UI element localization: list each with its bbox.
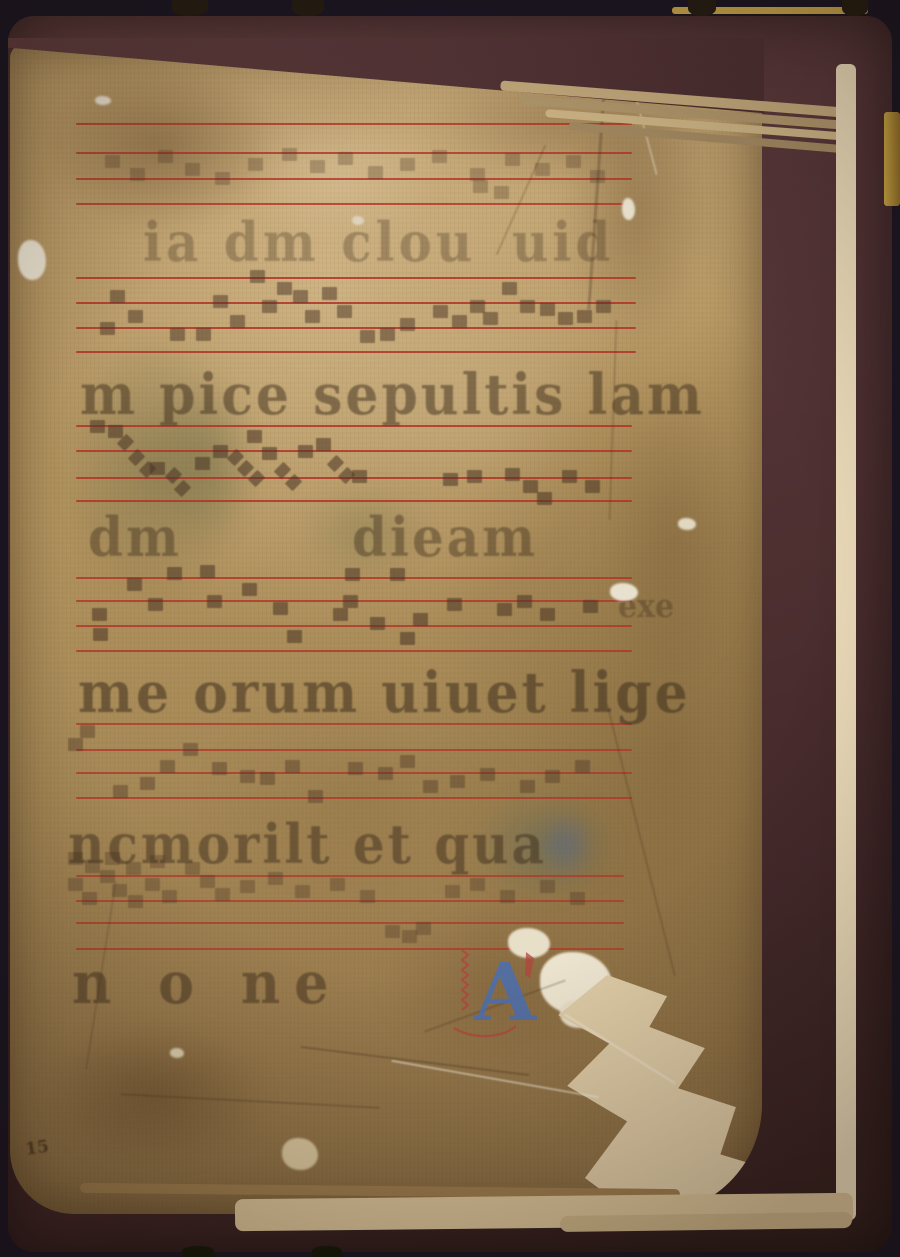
neume bbox=[452, 315, 467, 328]
clasp-fitting bbox=[884, 112, 900, 206]
fore-edge-page bbox=[836, 64, 856, 1220]
neume bbox=[338, 152, 353, 165]
neume bbox=[230, 315, 245, 328]
damage-spot bbox=[610, 583, 638, 601]
neume bbox=[170, 328, 185, 341]
initial-artwork: A bbox=[440, 936, 550, 1046]
neume bbox=[183, 743, 198, 756]
red-penwork-chain bbox=[462, 950, 468, 1010]
neume bbox=[213, 445, 228, 458]
neume bbox=[400, 318, 415, 331]
neume bbox=[583, 600, 598, 613]
boss-top bbox=[172, 0, 208, 16]
neume bbox=[295, 885, 310, 898]
neume bbox=[92, 608, 107, 621]
neume bbox=[380, 328, 395, 341]
neume bbox=[368, 166, 383, 179]
illuminated-initial: A bbox=[440, 936, 550, 1046]
chant-text: uid bbox=[512, 210, 614, 274]
neume bbox=[80, 725, 95, 738]
neume bbox=[93, 628, 108, 641]
neume bbox=[260, 772, 275, 785]
chant-text: n o ne bbox=[72, 948, 343, 1017]
neume bbox=[287, 630, 302, 643]
neume bbox=[162, 890, 177, 903]
boss-top bbox=[688, 0, 716, 16]
boss-bottom bbox=[312, 1246, 342, 1257]
neume bbox=[105, 155, 120, 168]
neume bbox=[445, 885, 460, 898]
neume bbox=[273, 602, 288, 615]
neume bbox=[470, 878, 485, 891]
initial-letter: A bbox=[473, 945, 537, 1039]
neume bbox=[343, 595, 358, 608]
neume bbox=[558, 312, 573, 325]
neume bbox=[212, 762, 227, 775]
neume bbox=[570, 892, 585, 905]
neume bbox=[416, 922, 431, 935]
neume bbox=[195, 457, 210, 470]
neume bbox=[68, 738, 83, 751]
neume bbox=[450, 775, 465, 788]
chant-text: ia dm clou bbox=[143, 210, 476, 274]
neume bbox=[160, 760, 175, 773]
neume bbox=[494, 186, 509, 199]
neume bbox=[575, 760, 590, 773]
neume bbox=[345, 568, 360, 581]
neume bbox=[130, 168, 145, 181]
manuscript-photo: ia dm clouuidm pice sepultis lamdmdieamm… bbox=[0, 0, 900, 1257]
damage-spot bbox=[678, 518, 696, 530]
neume bbox=[145, 878, 160, 891]
neume bbox=[596, 300, 611, 313]
neume bbox=[316, 438, 331, 451]
folio-number: 15 bbox=[24, 1137, 50, 1160]
neume bbox=[400, 632, 415, 645]
neume bbox=[110, 290, 125, 303]
neume bbox=[467, 470, 482, 483]
neume bbox=[480, 768, 495, 781]
neume bbox=[400, 158, 415, 171]
neume bbox=[390, 568, 405, 581]
neume bbox=[185, 163, 200, 176]
page-edge-stack bbox=[726, 56, 838, 1218]
neume bbox=[520, 300, 535, 313]
neume bbox=[158, 150, 173, 163]
neume bbox=[413, 613, 428, 626]
neume bbox=[443, 473, 458, 486]
neume bbox=[385, 925, 400, 938]
neume bbox=[100, 322, 115, 335]
neume bbox=[348, 762, 363, 775]
neume bbox=[215, 172, 230, 185]
neume bbox=[310, 160, 325, 173]
neume bbox=[277, 282, 292, 295]
neume bbox=[585, 480, 600, 493]
neume bbox=[242, 583, 257, 596]
neume bbox=[322, 287, 337, 300]
neume bbox=[517, 595, 532, 608]
neume bbox=[540, 608, 555, 621]
neume bbox=[566, 155, 581, 168]
damage-spot bbox=[95, 96, 111, 105]
neume bbox=[402, 930, 417, 943]
neume bbox=[200, 565, 215, 578]
neume bbox=[505, 153, 520, 166]
neume bbox=[447, 598, 462, 611]
neume bbox=[248, 158, 263, 171]
neume bbox=[293, 290, 308, 303]
neume bbox=[128, 895, 143, 908]
neume bbox=[68, 878, 83, 891]
neume bbox=[308, 790, 323, 803]
chant-text: dm bbox=[88, 505, 182, 569]
neume bbox=[285, 760, 300, 773]
neume bbox=[473, 180, 488, 193]
neume bbox=[540, 303, 555, 316]
neume bbox=[545, 770, 560, 783]
neume bbox=[140, 777, 155, 790]
neume bbox=[577, 310, 592, 323]
neume bbox=[330, 878, 345, 891]
neume bbox=[505, 468, 520, 481]
neume bbox=[433, 305, 448, 318]
neume bbox=[113, 785, 128, 798]
neume bbox=[483, 312, 498, 325]
neume bbox=[497, 603, 512, 616]
damage-spot bbox=[170, 1048, 184, 1058]
neume bbox=[298, 445, 313, 458]
neume bbox=[262, 447, 277, 460]
neume bbox=[240, 880, 255, 893]
neume bbox=[282, 148, 297, 161]
neume bbox=[305, 310, 320, 323]
chant-text: me orum uiuet lige bbox=[78, 660, 691, 726]
damage-spot bbox=[282, 1138, 318, 1170]
neume bbox=[360, 330, 375, 343]
neume bbox=[432, 150, 447, 163]
neume bbox=[127, 578, 142, 591]
neume bbox=[400, 755, 415, 768]
neume bbox=[215, 888, 230, 901]
neume bbox=[196, 328, 211, 341]
chant-text: ncmorilt et qua bbox=[68, 812, 547, 876]
neume bbox=[562, 470, 577, 483]
boss-bottom bbox=[182, 1246, 214, 1257]
neume bbox=[207, 595, 222, 608]
neume bbox=[523, 480, 538, 493]
neume bbox=[502, 282, 517, 295]
neume bbox=[82, 892, 97, 905]
neume bbox=[337, 305, 352, 318]
boss-top bbox=[842, 0, 868, 16]
damage-spot bbox=[18, 240, 46, 280]
neume bbox=[370, 617, 385, 630]
neume bbox=[128, 310, 143, 323]
neume bbox=[240, 770, 255, 783]
neume bbox=[167, 567, 182, 580]
neume bbox=[520, 780, 535, 793]
neume bbox=[200, 875, 215, 888]
damage-spot bbox=[622, 198, 635, 220]
neume bbox=[148, 598, 163, 611]
neume bbox=[540, 880, 555, 893]
neume bbox=[333, 608, 348, 621]
neume bbox=[213, 295, 228, 308]
neume bbox=[262, 300, 277, 313]
neume bbox=[500, 890, 515, 903]
boss-top bbox=[292, 0, 324, 16]
damage-spot bbox=[352, 216, 364, 225]
neume bbox=[247, 430, 262, 443]
parchment-page: ia dm clouuidm pice sepultis lamdmdieamm… bbox=[10, 44, 762, 1214]
neume bbox=[360, 890, 375, 903]
chant-text: dieam bbox=[352, 505, 538, 569]
neume bbox=[378, 767, 393, 780]
neume bbox=[537, 492, 552, 505]
neume bbox=[352, 470, 367, 483]
neume bbox=[423, 780, 438, 793]
